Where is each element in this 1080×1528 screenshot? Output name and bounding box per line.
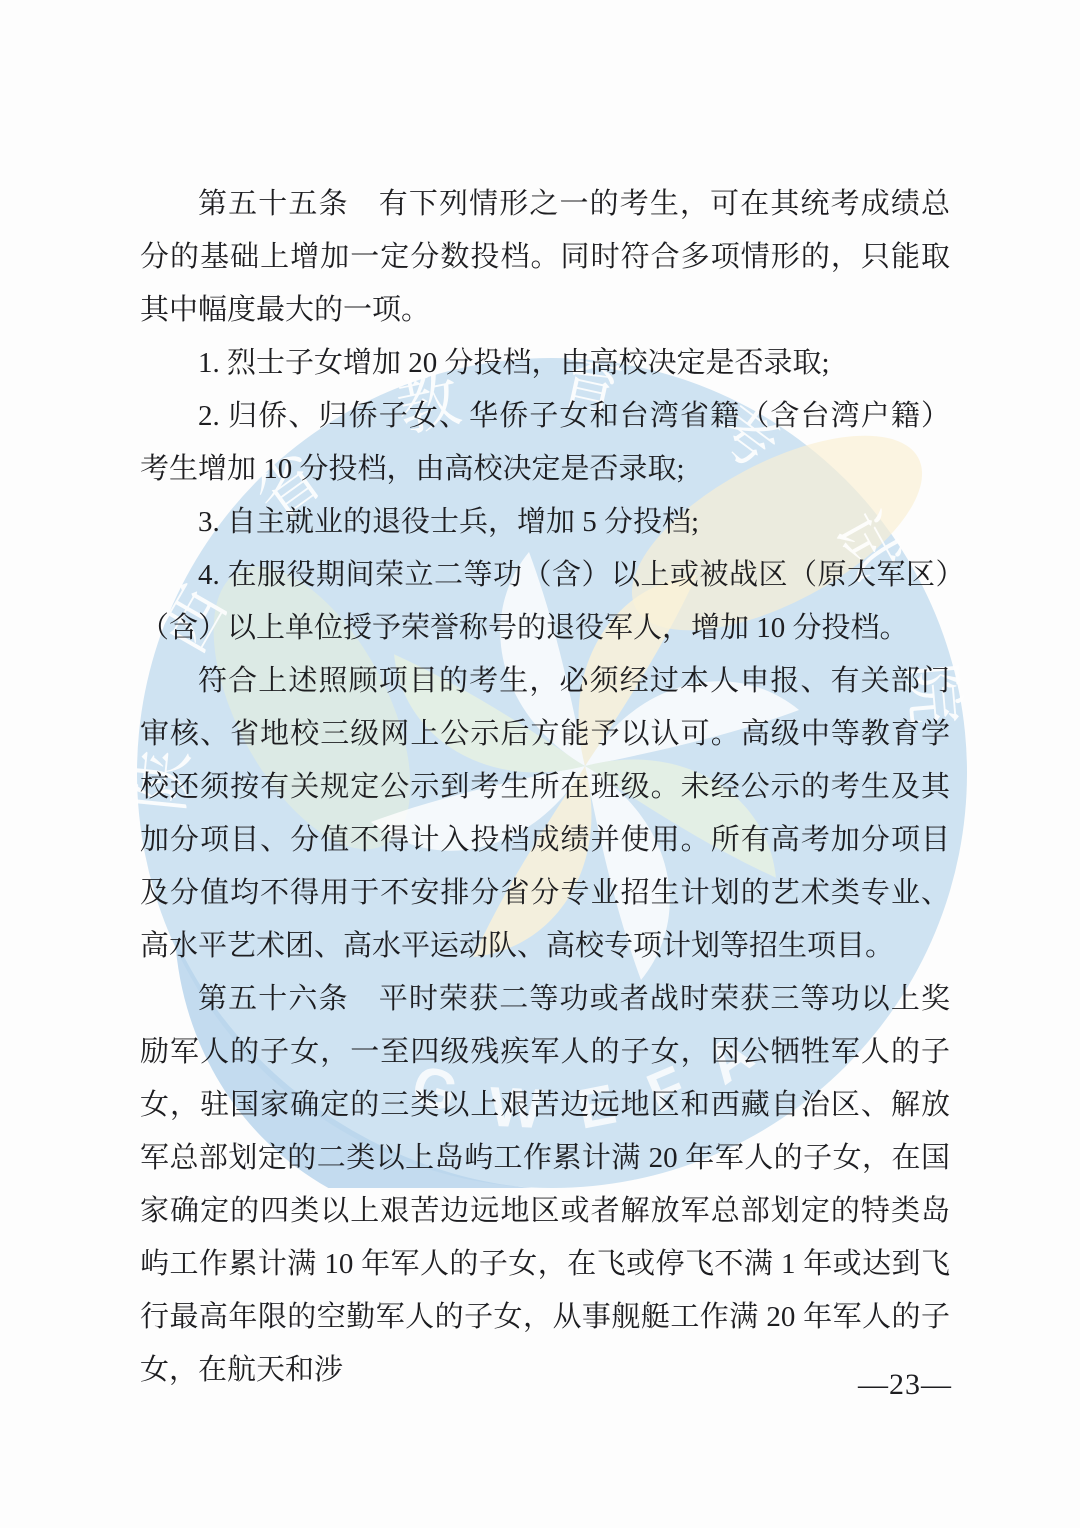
article-55-note-paragraph: 符合上述照顾项目的考生，必须经过本人申报、有关部门审核、省地校三级网上公示后方能… xyxy=(140,655,950,973)
article-56-paragraph: 第五十六条 平时荣获二等功或者战时荣获三等功以上奖励军人的子女，一至四级残疾军人… xyxy=(140,973,950,1397)
article-55-item-1: 1. 烈士子女增加 20 分投档，由高校决定是否录取; xyxy=(140,337,950,390)
article-55-item-4: 4. 在服役期间荣立二等功（含）以上或被战区（原大军区）（含）以上单位授予荣誉称… xyxy=(140,549,950,655)
document-page: 陕西省教育考试院 GWEFA 第五十五条 有下列情形之一的考生，可在其统考成绩总… xyxy=(0,0,1080,1528)
page-number: —23— xyxy=(858,1368,952,1402)
document-body: 第五十五条 有下列情形之一的考生，可在其统考成绩总分的基础上增加一定分数投档。同… xyxy=(140,178,950,1397)
article-55-item-2: 2. 归侨、归侨子女、华侨子女和台湾省籍（含台湾户籍）考生增加 10 分投档，由… xyxy=(140,390,950,496)
article-55-paragraph: 第五十五条 有下列情形之一的考生，可在其统考成绩总分的基础上增加一定分数投档。同… xyxy=(140,178,950,337)
article-55-item-3: 3. 自主就业的退役士兵，增加 5 分投档; xyxy=(140,496,950,549)
